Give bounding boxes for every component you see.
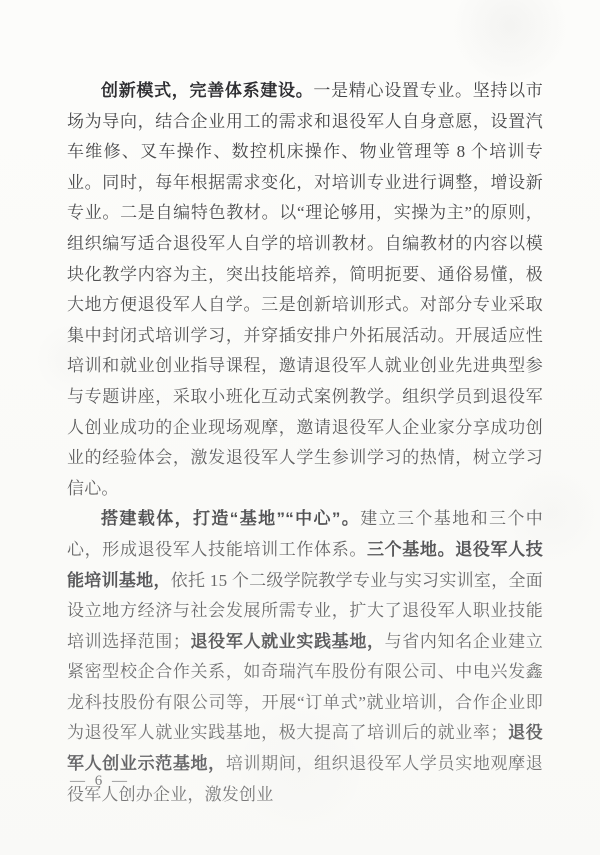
bold-term-employment-practice-base: 退役军人就业实践基地， <box>190 632 385 651</box>
document-body: 创新模式，完善体系建设。一是精心设置专业。坚持以市场为导向，结合企业用工的需求和… <box>67 76 543 810</box>
paragraph-platforms-bases: 搭建载体，打造“基地”“中心”。建立三个基地和三个中心，形成退役军人技能培训工作… <box>67 504 543 810</box>
scanned-document-page: 创新模式，完善体系建设。一是精心设置专业。坚持以市场为导向，结合企业用工的需求和… <box>0 0 600 855</box>
paragraph-lead-bold: 创新模式，完善体系建设。 <box>101 81 313 100</box>
page-number: — 6 — <box>70 770 130 792</box>
paragraph-lead-bold: 搭建载体，打造“基地”“中心”。 <box>101 509 360 528</box>
text-segment: 一是精心设置专业。坚持以市场为导向，结合企业用工的需求和退役军人自身意愿，设置汽… <box>67 81 543 498</box>
paragraph-innovation-mode: 创新模式，完善体系建设。一是精心设置专业。坚持以市场为导向，结合企业用工的需求和… <box>67 76 543 504</box>
